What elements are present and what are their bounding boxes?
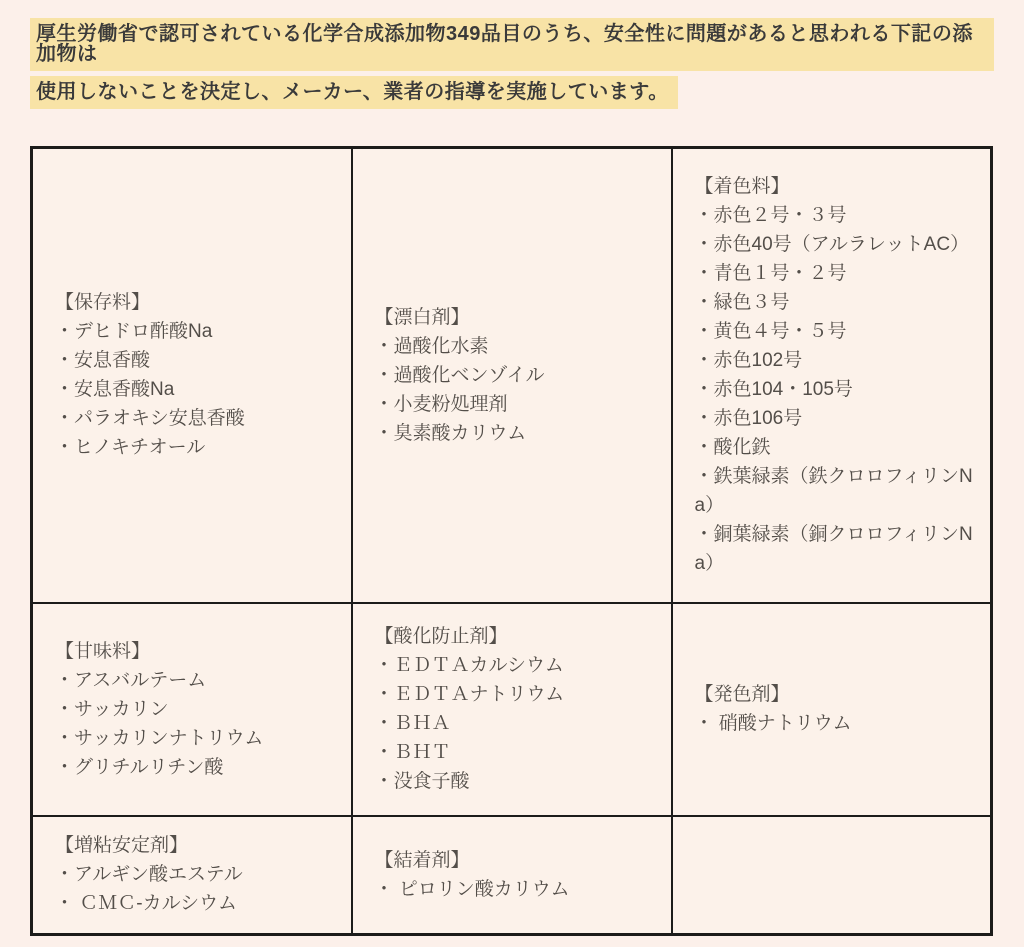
additive-item: ・没食子酸 — [375, 767, 655, 796]
additive-item: ・赤色２号・３号 — [695, 201, 975, 230]
cell-colorants: 【着色料】 ・赤色２号・３号 ・赤色40号（アルラレットAC） ・青色１号・２号… — [672, 148, 992, 603]
cell-color-developers: 【発色剤】 ・ 硝酸ナトリウム — [672, 603, 992, 816]
additive-item: ・過酸化水素 — [375, 332, 655, 361]
additives-table: 【保存料】 ・デヒドロ酢酸Na ・安息香酸 ・安息香酸Na ・パラオキシ安息香酸… — [30, 146, 993, 936]
additive-item: ・青色１号・２号 — [695, 259, 975, 288]
category-title: 【甘味料】 — [55, 637, 335, 666]
additive-item: ・ ＣＭＣ-カルシウム — [55, 889, 335, 918]
additive-item: ・銅葉緑素（銅クロロフィリンNa） — [695, 520, 975, 578]
additive-item: ・アスバルテーム — [55, 666, 335, 695]
additive-item: ・臭素酸カリウム — [375, 419, 655, 448]
category-title: 【増粘安定剤】 — [55, 831, 335, 860]
additive-item: ・アルギン酸エステル — [55, 860, 335, 889]
category-title: 【結着剤】 — [375, 846, 655, 875]
additive-item: ・パラオキシ安息香酸 — [55, 404, 335, 433]
cell-binding-agents: 【結着剤】 ・ ピロリン酸カリウム — [352, 816, 672, 935]
additive-item: ・ＢＨＡ — [375, 709, 655, 738]
additive-item: ・ＢＨＴ — [375, 738, 655, 767]
additive-item: ・安息香酸Na — [55, 375, 335, 404]
additive-item: ・安息香酸 — [55, 346, 335, 375]
additive-item: ・ 硝酸ナトリウム — [695, 709, 975, 738]
additive-item: ・小麦粉処理剤 — [375, 390, 655, 419]
additive-item: ・グリチルリチン酸 — [55, 753, 335, 782]
table-row: 【増粘安定剤】 ・アルギン酸エステル ・ ＣＭＣ-カルシウム 【結着剤】 ・ ピ… — [32, 816, 992, 935]
intro-line-2: 使用しないことを決定し、メーカー、業者の指導を実施しています。 — [30, 76, 678, 109]
additive-item: ・鉄葉緑素（鉄クロロフィリンNa） — [695, 462, 975, 520]
additive-item: ・酸化鉄 — [695, 433, 975, 462]
additive-item: ・サッカリンナトリウム — [55, 724, 335, 753]
cell-thickening-stabilizers: 【増粘安定剤】 ・アルギン酸エステル ・ ＣＭＣ-カルシウム — [32, 816, 352, 935]
additive-item: ・サッカリン — [55, 695, 335, 724]
additive-item: ・過酸化ベンゾイル — [375, 361, 655, 390]
cell-bleaching-agents: 【漂白剤】 ・過酸化水素 ・過酸化ベンゾイル ・小麦粉処理剤 ・臭素酸カリウム — [352, 148, 672, 603]
category-title: 【保存料】 — [55, 288, 335, 317]
table-row: 【保存料】 ・デヒドロ酢酸Na ・安息香酸 ・安息香酸Na ・パラオキシ安息香酸… — [32, 148, 992, 603]
additive-item: ・デヒドロ酢酸Na — [55, 317, 335, 346]
additive-item: ・ＥＤＴＡナトリウム — [375, 680, 655, 709]
intro-paragraph: 厚生労働省で認可されている化学合成添加物349品目のうち、安全性に問題があると思… — [30, 18, 994, 114]
page: 厚生労働省で認可されている化学合成添加物349品目のうち、安全性に問題があると思… — [0, 0, 1024, 947]
cell-sweeteners: 【甘味料】 ・アスバルテーム ・サッカリン ・サッカリンナトリウム ・グリチルリ… — [32, 603, 352, 816]
cell-preservatives: 【保存料】 ・デヒドロ酢酸Na ・安息香酸 ・安息香酸Na ・パラオキシ安息香酸… — [32, 148, 352, 603]
category-title: 【着色料】 — [695, 172, 975, 201]
additive-item: ・ ピロリン酸カリウム — [375, 875, 655, 904]
additive-item: ・ＥＤＴＡカルシウム — [375, 651, 655, 680]
additive-item: ・赤色40号（アルラレットAC） — [695, 230, 975, 259]
cell-antioxidants: 【酸化防止剤】 ・ＥＤＴＡカルシウム ・ＥＤＴＡナトリウム ・ＢＨＡ ・ＢＨＴ … — [352, 603, 672, 816]
category-title: 【酸化防止剤】 — [375, 622, 655, 651]
additive-item: ・ヒノキチオール — [55, 433, 335, 462]
additive-item: ・赤色106号 — [695, 404, 975, 433]
category-title: 【発色剤】 — [695, 680, 975, 709]
additive-item: ・黄色４号・５号 — [695, 317, 975, 346]
cell-empty — [672, 816, 992, 935]
table-row: 【甘味料】 ・アスバルテーム ・サッカリン ・サッカリンナトリウム ・グリチルリ… — [32, 603, 992, 816]
additive-item: ・緑色３号 — [695, 288, 975, 317]
category-title: 【漂白剤】 — [375, 303, 655, 332]
intro-line-1: 厚生労働省で認可されている化学合成添加物349品目のうち、安全性に問題があると思… — [30, 18, 994, 71]
additive-item: ・赤色104・105号 — [695, 375, 975, 404]
additive-item: ・赤色102号 — [695, 346, 975, 375]
